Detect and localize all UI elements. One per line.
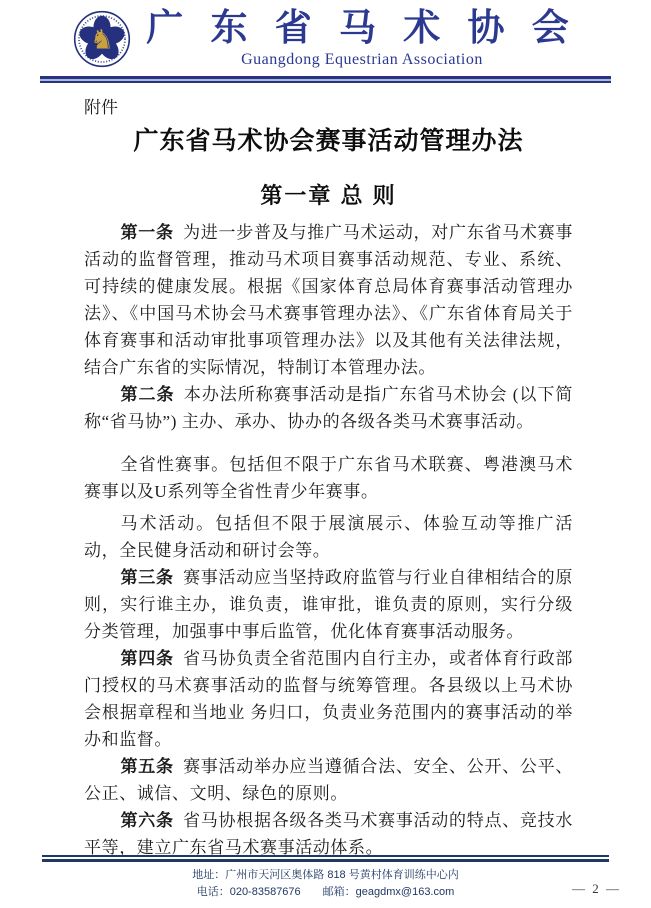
document-content: 附件 广东省马术协会赛事活动管理办法 第一章 总 则 第一条为进一步普及与推广马… <box>84 98 573 862</box>
document-title: 广东省马术协会赛事活动管理办法 <box>84 125 573 159</box>
article-paragraph: 第四条省马协负责全省范围内自行主办，或者体育行政部门授权的马术赛事活动的监督与统… <box>84 645 573 753</box>
attachment-label: 附件 <box>84 98 573 118</box>
footer-address: 地址：广州市天河区奥体路 818 号黄村体育训练中心内 <box>0 867 651 884</box>
article-number: 第一条 <box>121 223 174 242</box>
org-name-chinese: 广 东 省 马 术 协 会 <box>146 9 578 50</box>
article-paragraph: 第一条为进一步普及与推广马术运动，对广东省马术赛事活动的监督管理，推动马术项目赛… <box>84 219 573 381</box>
article-number: 第三条 <box>121 568 174 587</box>
article-paragraph: 第五条赛事活动举办应当遵循合法、安全、公开、公平、公正、诚信、文明、绿色的原则。 <box>84 753 573 807</box>
document-page: ♞ 广 东 省 马 术 协 会 Guangdong Equestrian Ass… <box>0 0 651 908</box>
article-paragraph: 马术活动。包括但不限于展演展示、体验互动等推广活动，全民健身活动和研讨会等。 <box>84 510 573 564</box>
article-paragraph: 第三条赛事活动应当坚持政府监管与行业自律相结合的原则，实行谁主办，谁负责，谁审批… <box>84 564 573 645</box>
article-text: 全省性赛事。包括但不限于广东省马术联赛、粤港澳马术赛事以及U系列等全省性青少年赛… <box>84 455 573 501</box>
article-number: 第六条 <box>121 811 174 830</box>
article-number: 第二条 <box>121 385 175 404</box>
org-name-english: Guangdong Equestrian Association <box>241 51 483 69</box>
gold-horse-icon: ♞ <box>90 24 114 55</box>
article-number: 第五条 <box>121 757 174 776</box>
footer-contact-block: 地址：广州市天河区奥体路 818 号黄村体育训练中心内 电话：020-83587… <box>0 867 651 901</box>
page-footer: 地址：广州市天河区奥体路 818 号黄村体育训练中心内 电话：020-83587… <box>0 855 651 908</box>
article-number: 第四条 <box>121 649 174 668</box>
chapter-heading: 第一章 总 则 <box>84 183 573 209</box>
article-text: 马术活动。包括但不限于展演展示、体验互动等推广活动，全民健身活动和研讨会等。 <box>84 514 573 560</box>
page-number: — 2 — <box>572 881 621 897</box>
article-paragraph: 全省性赛事。包括但不限于广东省马术联赛、粤港澳马术赛事以及U系列等全省性青少年赛… <box>84 451 573 505</box>
footer-contact: 电话：020-83587676 邮箱：geagdmx@163.com <box>0 884 651 901</box>
article-paragraph: 第六条省马协根据各级各类马术赛事活动的特点、竞技水平等，建立广东省马术赛事活动体… <box>84 807 573 861</box>
org-names: 广 东 省 马 术 协 会 Guangdong Equestrian Assoc… <box>146 9 578 69</box>
footer-divider <box>42 855 609 862</box>
header-divider <box>40 76 611 83</box>
article-paragraph: 第二条本办法所称赛事活动是指广东省马术协会 (以下简称“省马协”) 主办、承办、… <box>84 381 573 435</box>
article-text: 为进一步普及与推广马术运动，对广东省马术赛事活动的监督管理，推动马术项目赛事活动… <box>84 223 573 377</box>
letterhead: ♞ 广 东 省 马 术 协 会 Guangdong Equestrian Ass… <box>0 0 651 69</box>
equestrian-association-emblem-icon: ♞ <box>73 10 131 68</box>
